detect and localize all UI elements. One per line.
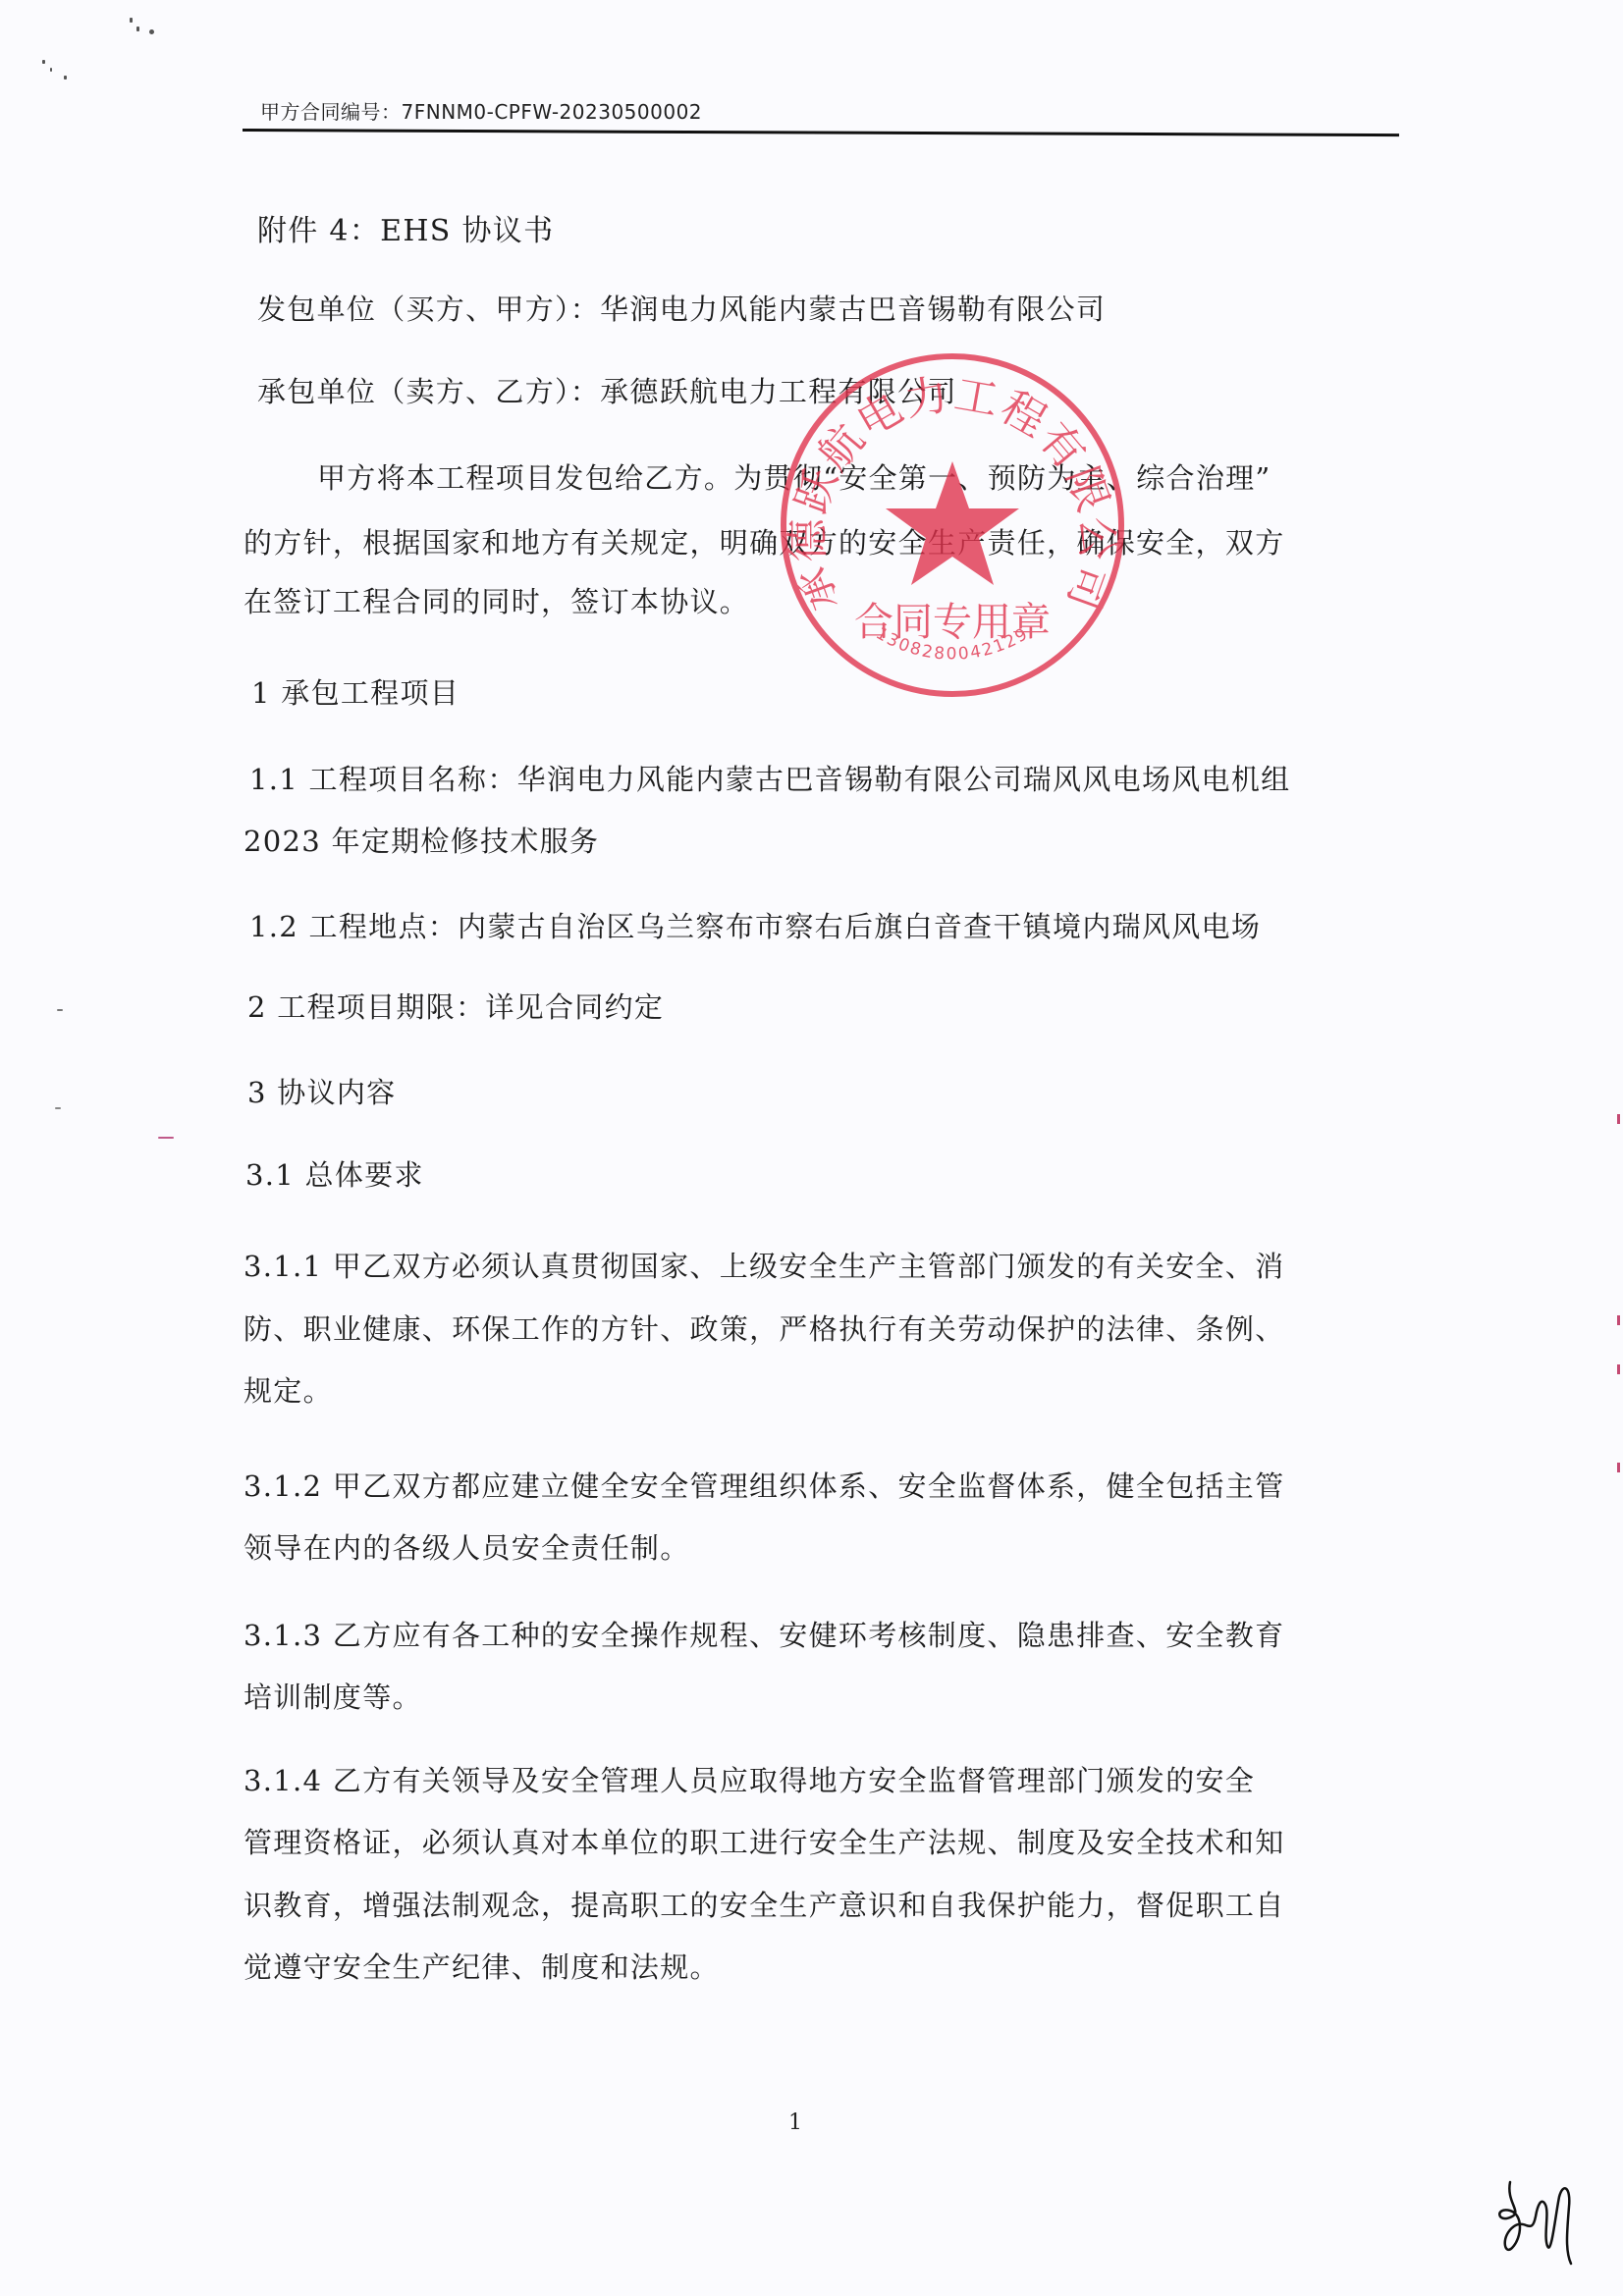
party-a: 发包单位（买方、甲方）：华润电力风能内蒙古巴音锡勒有限公司 (257, 293, 1106, 326)
scan-speck (130, 18, 133, 23)
scan-speck (158, 1137, 174, 1139)
section-1-heading: 1 承包工程项目 (251, 676, 460, 710)
document-page: 甲方合同编号：7FNNM0-CPFW-20230500002 附件 4：EHS … (0, 0, 1623, 2296)
section-1-1-line-1: 1.1 工程项目名称：华润电力风能内蒙古巴音锡勒有限公司瑞风风电场风电机组 (249, 763, 1290, 796)
scan-speck (55, 1107, 61, 1109)
scan-speck (149, 29, 154, 34)
section-3-1-heading: 3.1 总体要求 (245, 1158, 424, 1192)
intro-line-3: 在签订工程合同的同时，签订本协议。 (243, 585, 749, 618)
seal-label: 合同专用章 (854, 600, 1051, 645)
edge-mark (1617, 1463, 1620, 1472)
clause-3-1-4-line-3: 识教育，增强法制观念，提高职工的安全生产意识和自我保护能力，督促职工自 (243, 1889, 1285, 1922)
edge-mark (1617, 1364, 1620, 1374)
handwritten-signature (1492, 2177, 1591, 2270)
section-3-heading: 3 协议内容 (247, 1076, 396, 1109)
page-number: 1 (788, 2110, 802, 2135)
section-1-2: 1.2 工程地点：内蒙古自治区乌兰察布市察右后旗白音查干镇境内瑞风风电场 (249, 910, 1261, 943)
contract-number: 甲方合同编号：7FNNM0-CPFW-20230500002 (260, 96, 702, 125)
edge-mark (1617, 1114, 1620, 1124)
clause-3-1-3-line-2: 培训制度等。 (243, 1681, 422, 1714)
scan-speck (57, 1009, 63, 1011)
edge-mark (1617, 1315, 1620, 1325)
clause-3-1-2-line-1: 3.1.2 甲乙双方都应建立健全安全管理组织体系、安全监督体系，健全包括主管 (243, 1469, 1284, 1503)
scan-speck (50, 68, 52, 72)
document-title: 附件 4：EHS 协议书 (257, 215, 554, 248)
scan-speck (42, 60, 45, 64)
clause-3-1-3-line-1: 3.1.3 乙方应有各工种的安全操作规程、安健环考核制度、隐患排查、安全教育 (243, 1619, 1284, 1652)
clause-3-1-1-line-1: 3.1.1 甲乙双方必须认真贯彻国家、上级安全生产主管部门颁发的有关安全、消 (243, 1250, 1284, 1283)
scan-speck (136, 27, 139, 31)
intro-line-2: 的方针，根据国家和地方有关规定，明确双方的安全生产责任，确保安全，双方 (243, 526, 1285, 560)
clause-3-1-4-line-1: 3.1.4 乙方有关领导及安全管理人员应取得地方安全监督管理部门颁发的安全 (243, 1764, 1255, 1797)
scan-speck (64, 76, 67, 80)
clause-3-1-1-line-2: 防、职业健康、环保工作的方针、政策，严格执行有关劳动保护的法律、条例、 (243, 1312, 1285, 1346)
seal-code: 1308280042129 (872, 623, 1032, 664)
intro-line-1: 甲方将本工程项目发包给乙方。为贯彻“安全第一、预防为主、综合治理” (317, 461, 1271, 495)
clause-3-1-4-line-4: 觉遵守安全生产纪律、制度和法规。 (243, 1950, 720, 1984)
section-1-1-line-2: 2023 年定期检修技术服务 (243, 825, 599, 858)
party-b: 承包单位（卖方、乙方）：承德跃航电力工程有限公司 (257, 375, 957, 408)
header-divider (243, 129, 1399, 136)
clause-3-1-1-line-3: 规定。 (243, 1374, 333, 1408)
clause-3-1-4-line-2: 管理资格证，必须认真对本单位的职工进行安全生产法规、制度及安全技术和知 (243, 1826, 1285, 1859)
clause-3-1-2-line-2: 领导在内的各级人员安全责任制。 (243, 1531, 690, 1565)
section-2: 2 工程项目期限：详见合同约定 (247, 990, 664, 1024)
